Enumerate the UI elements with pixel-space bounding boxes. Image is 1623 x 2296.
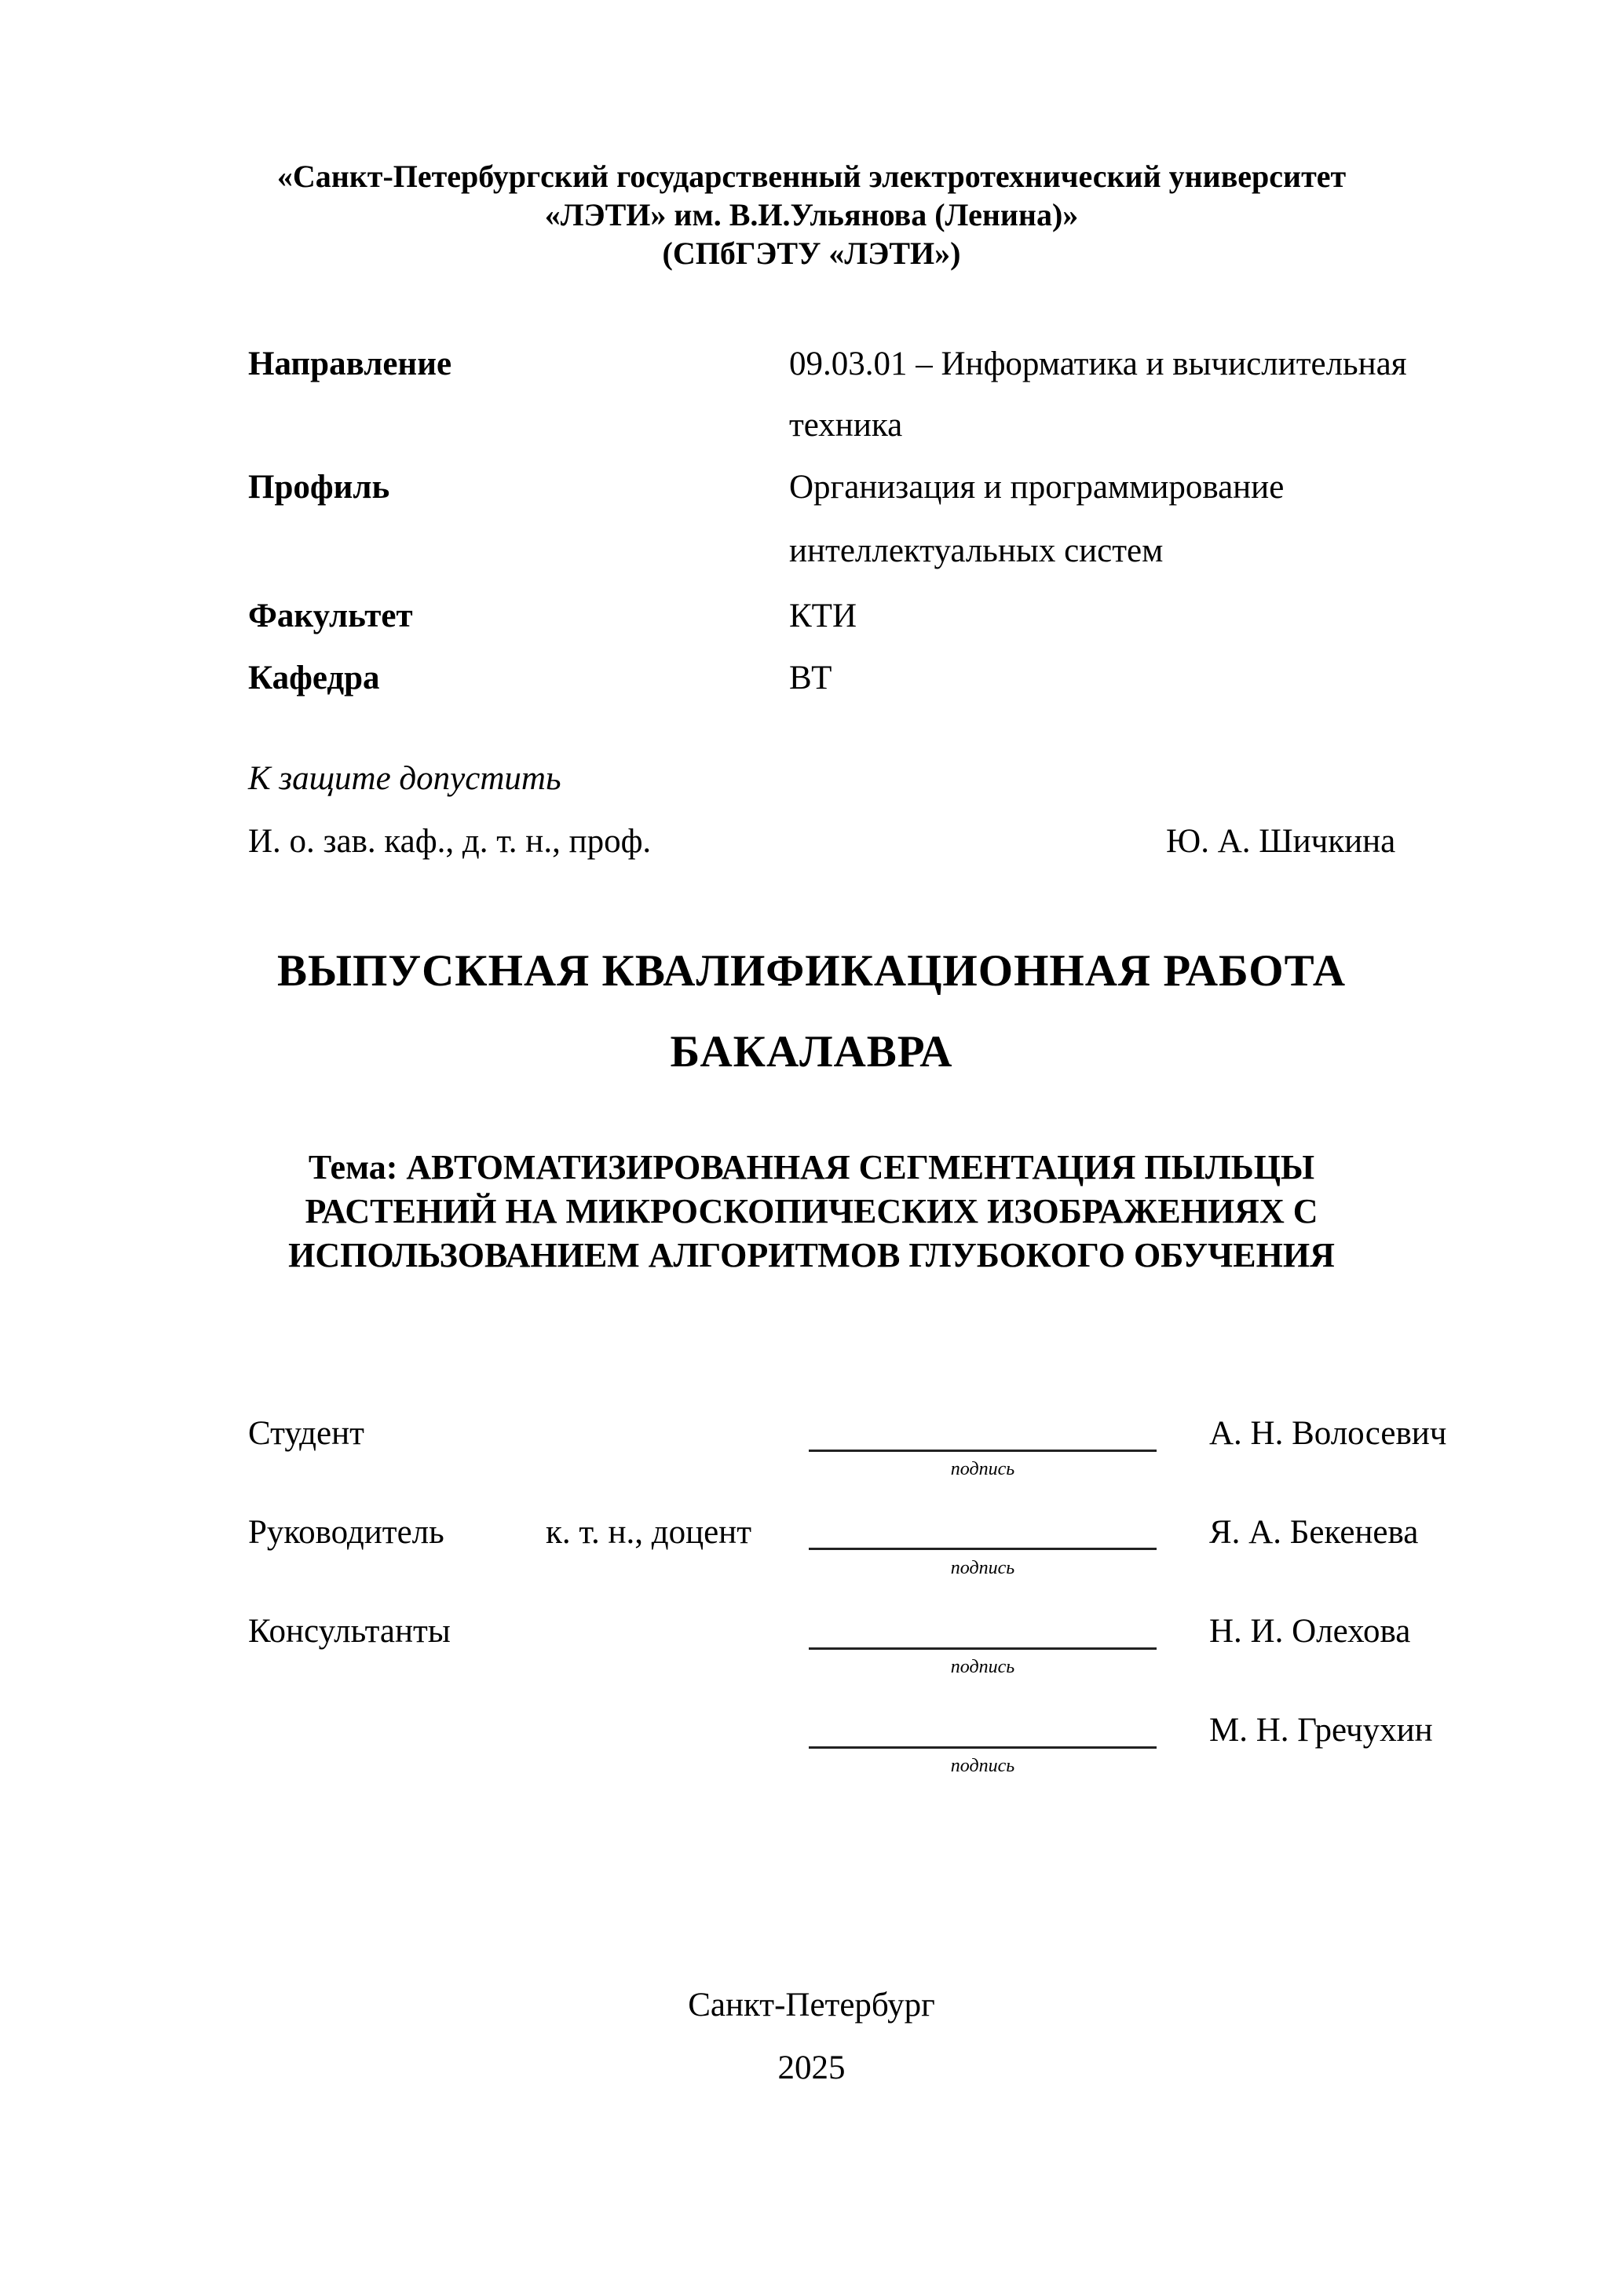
- value-direction-line1: 09.03.01 – Информатика и вычислительная: [789, 345, 1407, 383]
- university-name-line2: «ЛЭТИ» им. В.И.Ульянова (Ленина)»: [0, 199, 1623, 231]
- role-supervisor: Руководитель: [248, 1514, 444, 1552]
- role-student: Студент: [248, 1415, 364, 1453]
- signature-line-consultant-2: [809, 1746, 1157, 1749]
- degree-supervisor: к. т. н., доцент: [546, 1514, 751, 1552]
- university-abbreviation: (СПбГЭТУ «ЛЭТИ»): [0, 238, 1623, 269]
- topic-line3: ИСПОЛЬЗОВАНИЕМ АЛГОРИТМОВ ГЛУБОКОГО ОБУЧ…: [0, 1236, 1623, 1275]
- signature-caption-student: подпись: [809, 1459, 1157, 1479]
- value-direction-line2: техника: [789, 407, 902, 444]
- value-profile-line2: интеллектуальных систем: [789, 532, 1163, 570]
- name-student: А. Н. Волосевич: [1209, 1415, 1446, 1453]
- name-consultant-2: М. Н. Гречухин: [1209, 1712, 1433, 1749]
- name-consultant-1: Н. И. Олехова: [1209, 1613, 1410, 1651]
- approval-caption: К защите допустить: [248, 760, 561, 798]
- university-name-line1: «Санкт-Петербургский государственный эле…: [0, 161, 1623, 192]
- topic-line1: Тема: АВТОМАТИЗИРОВАННАЯ СЕГМЕНТАЦИЯ ПЫЛ…: [0, 1148, 1623, 1187]
- value-profile-line1: Организация и программирование: [789, 469, 1284, 506]
- signature-caption-consultant-2: подпись: [809, 1756, 1157, 1776]
- signature-caption-supervisor: подпись: [809, 1558, 1157, 1578]
- approval-position: И. о. зав. каф., д. т. н., проф.: [248, 823, 651, 861]
- footer-city: Санкт-Петербург: [0, 1987, 1623, 2024]
- signature-line-student: [809, 1450, 1157, 1452]
- footer-year: 2025: [0, 2049, 1623, 2087]
- role-consultants: Консультанты: [248, 1613, 451, 1651]
- signature-line-consultant-1: [809, 1647, 1157, 1650]
- label-faculty: Факультет: [248, 598, 413, 635]
- label-profile: Профиль: [248, 469, 389, 506]
- topic-line2: РАСТЕНИЙ НА МИКРОСКОПИЧЕСКИХ ИЗОБРАЖЕНИЯ…: [0, 1192, 1623, 1231]
- work-title-line2: БАКАЛАВРА: [0, 1029, 1623, 1076]
- label-direction: Направление: [248, 345, 451, 383]
- name-supervisor: Я. А. Бекенева: [1209, 1514, 1418, 1552]
- value-department: ВТ: [789, 660, 832, 697]
- work-title-line1: ВЫПУСКНАЯ КВАЛИФИКАЦИОННАЯ РАБОТА: [0, 948, 1623, 995]
- approval-name: Ю. А. Шичкина: [1166, 823, 1395, 861]
- value-faculty: КТИ: [789, 598, 857, 635]
- signature-caption-consultant-1: подпись: [809, 1657, 1157, 1677]
- signature-line-supervisor: [809, 1548, 1157, 1550]
- label-department: Кафедра: [248, 660, 380, 697]
